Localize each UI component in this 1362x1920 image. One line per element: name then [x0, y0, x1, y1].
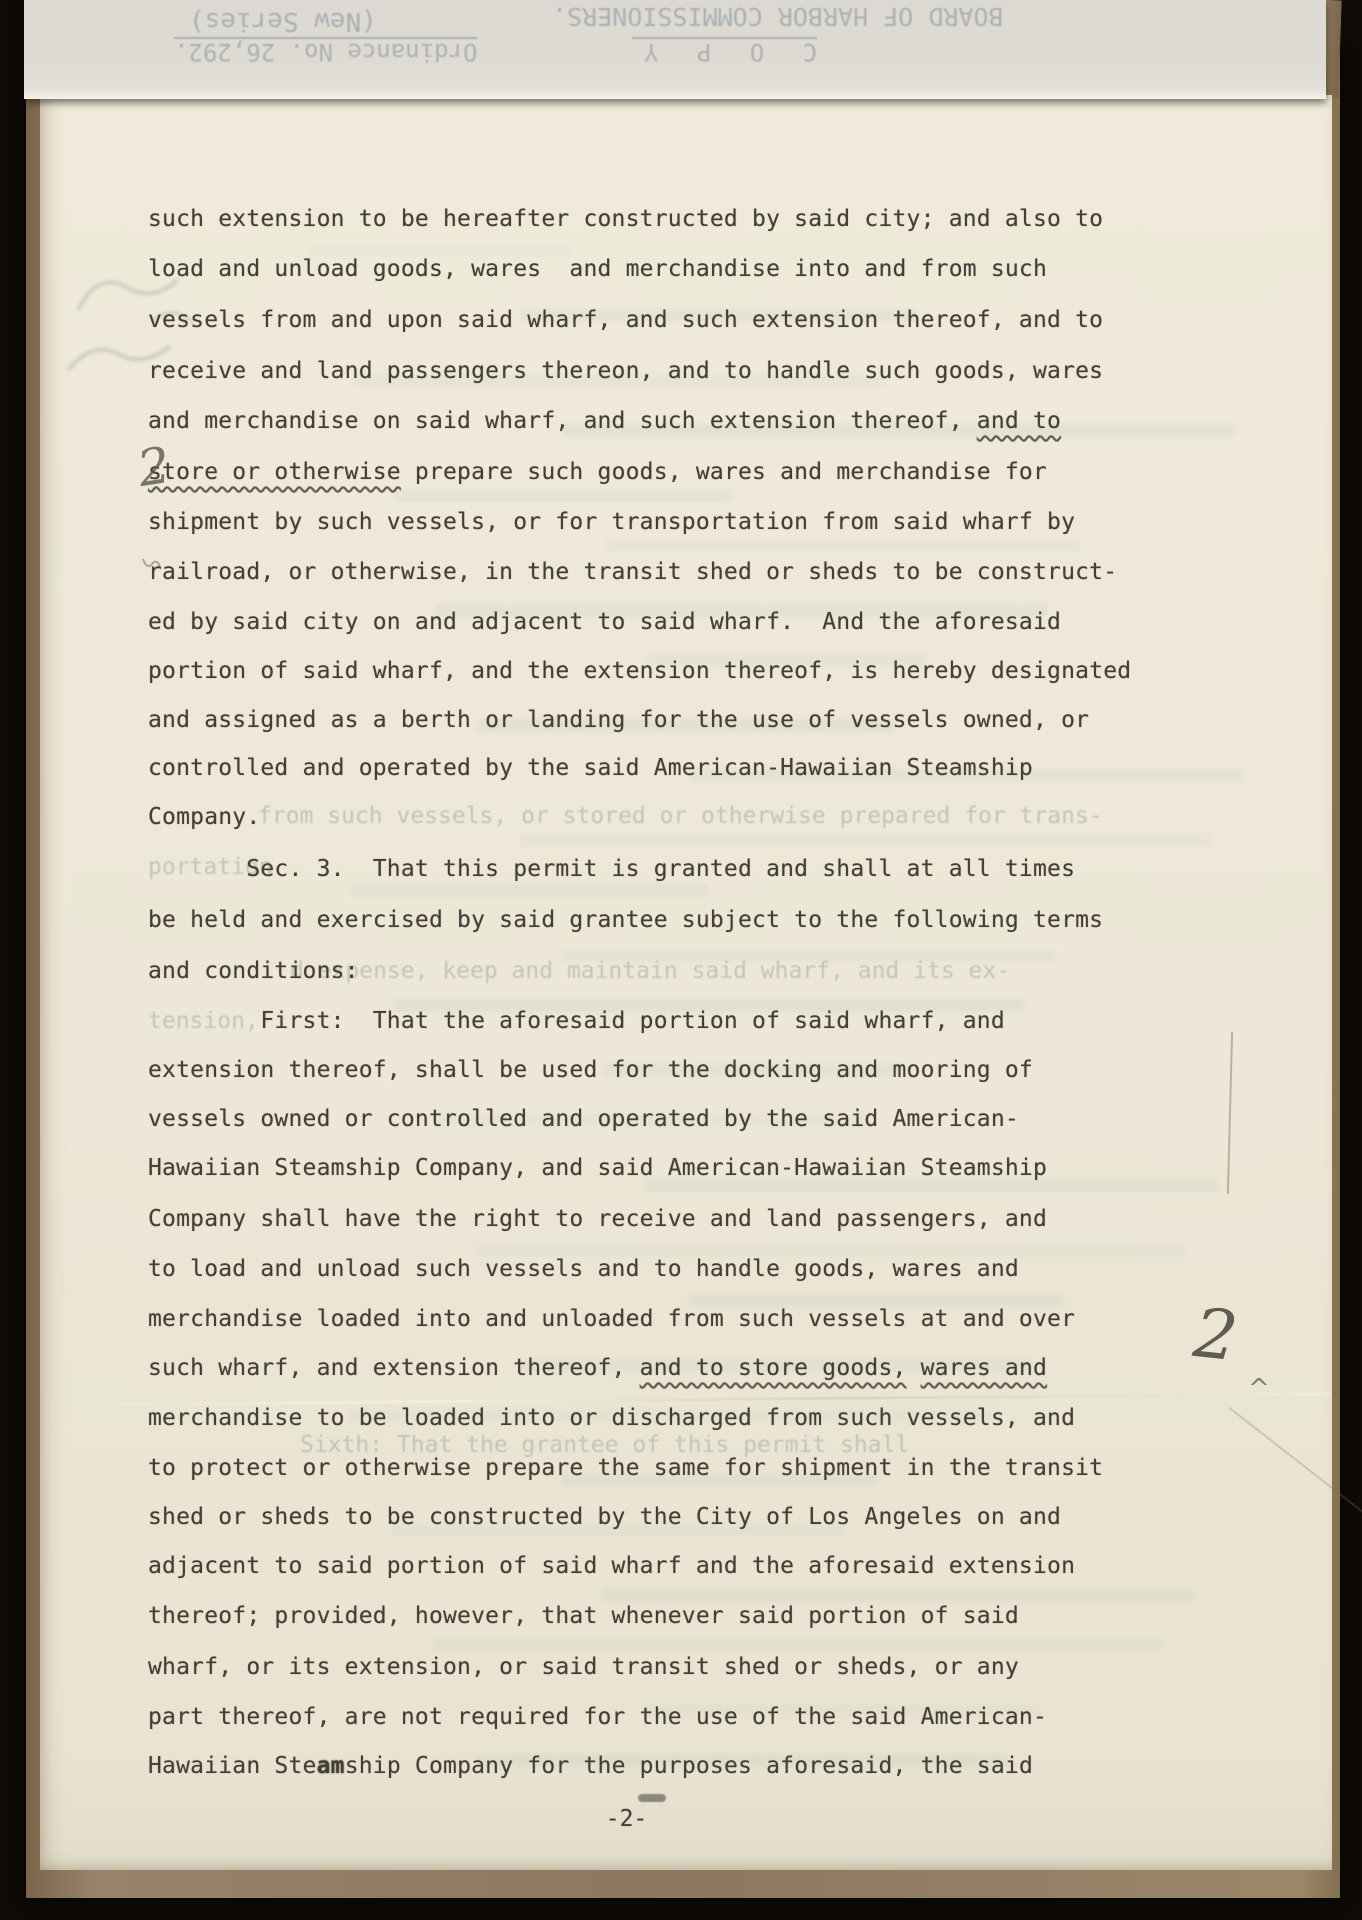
typed-text	[907, 1355, 921, 1381]
typed-line: Company.	[148, 804, 260, 831]
typed-text: load and unload goods, wares and merchan…	[148, 256, 1047, 282]
typed-line: railroad, or otherwise, in the transit s…	[148, 559, 1117, 586]
typed-text: Company.	[148, 804, 260, 830]
typed-line: be held and exercised by said grantee su…	[148, 907, 1103, 934]
typed-line: adjacent to said portion of said wharf a…	[148, 1553, 1075, 1580]
bleed-through-band	[605, 539, 1080, 552]
overstruck-text: am	[317, 1753, 345, 1779]
typed-line: shipment by such vessels, or for transpo…	[148, 509, 1075, 536]
typed-line: Hawaiian Steamship Company, and said Ame…	[148, 1155, 1047, 1182]
typed-text: thereof; provided, however, that wheneve…	[148, 1603, 1019, 1629]
underlined-text: wares and	[921, 1355, 1047, 1381]
photographed-document: any Charge for storage? 2 2 ^ -2- (New S…	[0, 0, 1362, 1920]
previous-page-edge: (New Series) BOARD OF HARBOR COMMISSIONE…	[24, 0, 1326, 99]
typed-line: Sec. 3. That this permit is granted and …	[148, 856, 1075, 883]
typed-line: to protect or otherwise prepare the same…	[148, 1455, 1103, 1482]
typed-line: wharf, or its extension, or said transit…	[148, 1654, 1019, 1681]
bleed-through-band	[394, 489, 732, 502]
bleed-through-band	[520, 834, 1210, 847]
typed-line: ed by said city on and adjacent to said …	[148, 609, 1061, 636]
typed-text: shed or sheds to be constructed by the C…	[148, 1504, 1061, 1530]
bleed-text-board: BOARD OF HARBOR COMMISSIONERS.	[552, 2, 1004, 31]
typed-text: part thereof, are not required for the u…	[148, 1704, 1047, 1730]
typed-line: load and unload goods, wares and merchan…	[148, 256, 1047, 283]
typed-text: ship Company for the purposes aforesaid,…	[345, 1753, 1033, 1779]
underlined-text: and to	[977, 408, 1061, 434]
margin-numeral: 2	[1190, 1294, 1241, 1377]
typed-line: portion of said wharf, and the extension…	[148, 658, 1131, 685]
typed-line: vessels from and upon said wharf, and su…	[148, 307, 1103, 334]
typed-text: merchandise loaded into and unloaded fro…	[148, 1306, 1075, 1332]
bleed-through-band	[603, 1589, 1194, 1602]
typed-line: First: That the aforesaid portion of sai…	[148, 1008, 1005, 1035]
typed-line: controlled and operated by the said Amer…	[148, 755, 1033, 782]
bleed-through-text: from such vessels, or stored or otherwis…	[258, 803, 1103, 829]
typed-text: Hawaiian Ste	[148, 1753, 317, 1779]
bleed-text-ordinance-number: Ordinance No. 26,292.	[174, 38, 477, 66]
typed-text: shipment by such vessels, or for transpo…	[148, 509, 1075, 535]
bleed-through-band	[434, 1639, 1162, 1652]
typed-line: and assigned as a berth or landing for t…	[148, 707, 1089, 734]
bleed-through-text: d expense, keep and maintain said wharf,…	[290, 958, 1010, 984]
typed-text: prepare such goods, wares and merchandis…	[401, 459, 1047, 485]
typed-line: to load and unload such vessels and to h…	[148, 1256, 1019, 1283]
typed-line: and conditions:	[148, 958, 359, 985]
page-number: -2-	[148, 1806, 1105, 1832]
bleed-text-new-series: (New Series)	[189, 6, 377, 36]
underlined-text: store or otherwise	[148, 459, 401, 485]
typed-line: store or otherwise prepare such goods, w…	[148, 459, 1047, 486]
typed-line: receive and land passengers thereon, and…	[148, 358, 1103, 385]
typed-text: vessels from and upon said wharf, and su…	[148, 307, 1103, 333]
typed-line: such extension to be hereafter construct…	[148, 206, 1103, 233]
typed-text: to protect or otherwise prepare the same…	[148, 1455, 1103, 1481]
typed-text: such wharf, and extension thereof,	[148, 1355, 640, 1381]
typed-text: be held and exercised by said grantee su…	[148, 907, 1103, 933]
typed-text: to load and unload such vessels and to h…	[148, 1256, 1019, 1282]
typed-text: and assigned as a berth or landing for t…	[148, 707, 1089, 733]
typed-text: Hawaiian Steamship Company, and said Ame…	[148, 1155, 1047, 1181]
pencil-caret-mark: ^	[1248, 1374, 1270, 1404]
typed-text: receive and land passengers thereon, and…	[148, 358, 1103, 384]
typed-line: vessels owned or controlled and operated…	[148, 1106, 1019, 1133]
typed-line: extension thereof, shall be used for the…	[148, 1057, 1033, 1084]
typed-line: Hawaiian Steamship Company for the purpo…	[148, 1753, 1033, 1780]
bleed-text-copy: C O P Y	[632, 38, 817, 66]
typed-text: vessels owned or controlled and operated…	[148, 1106, 1019, 1132]
typed-text: and conditions:	[148, 958, 359, 984]
bleed-through-band	[351, 884, 708, 897]
pencil-smudge	[638, 1794, 666, 1802]
typed-text: merchandise to be loaded into or dischar…	[148, 1405, 1075, 1431]
typed-text: railroad, or otherwise, in the transit s…	[148, 559, 1117, 585]
typed-line: merchandise to be loaded into or dischar…	[148, 1405, 1075, 1432]
typed-line: such wharf, and extension thereof, and t…	[148, 1355, 1047, 1382]
typed-text: extension thereof, shall be used for the…	[148, 1057, 1033, 1083]
typed-text: Sec. 3. That this permit is granted and …	[148, 856, 1075, 882]
typed-text: Company shall have the right to receive …	[148, 1206, 1047, 1232]
typed-text: portion of said wharf, and the extension…	[148, 658, 1131, 684]
underlined-text: and to store goods,	[640, 1355, 907, 1381]
typed-line: part thereof, are not required for the u…	[148, 1704, 1047, 1731]
typed-text: controlled and operated by the said Amer…	[148, 755, 1033, 781]
typed-line: and merchandise on said wharf, and such …	[148, 408, 1061, 435]
typed-line: Company shall have the right to receive …	[148, 1206, 1047, 1233]
typed-text: wharf, or its extension, or said transit…	[148, 1654, 1019, 1680]
typed-text: First: That the aforesaid portion of sai…	[148, 1008, 1005, 1034]
typed-line: thereof; provided, however, that wheneve…	[148, 1603, 1019, 1630]
typed-text: adjacent to said portion of said wharf a…	[148, 1553, 1075, 1579]
typed-line: shed or sheds to be constructed by the C…	[148, 1504, 1061, 1531]
typed-text: ed by said city on and adjacent to said …	[148, 609, 1061, 635]
typed-line: merchandise loaded into and unloaded fro…	[148, 1306, 1075, 1333]
typed-text: such extension to be hereafter construct…	[148, 206, 1103, 232]
typed-text: and merchandise on said wharf, and such …	[148, 408, 977, 434]
